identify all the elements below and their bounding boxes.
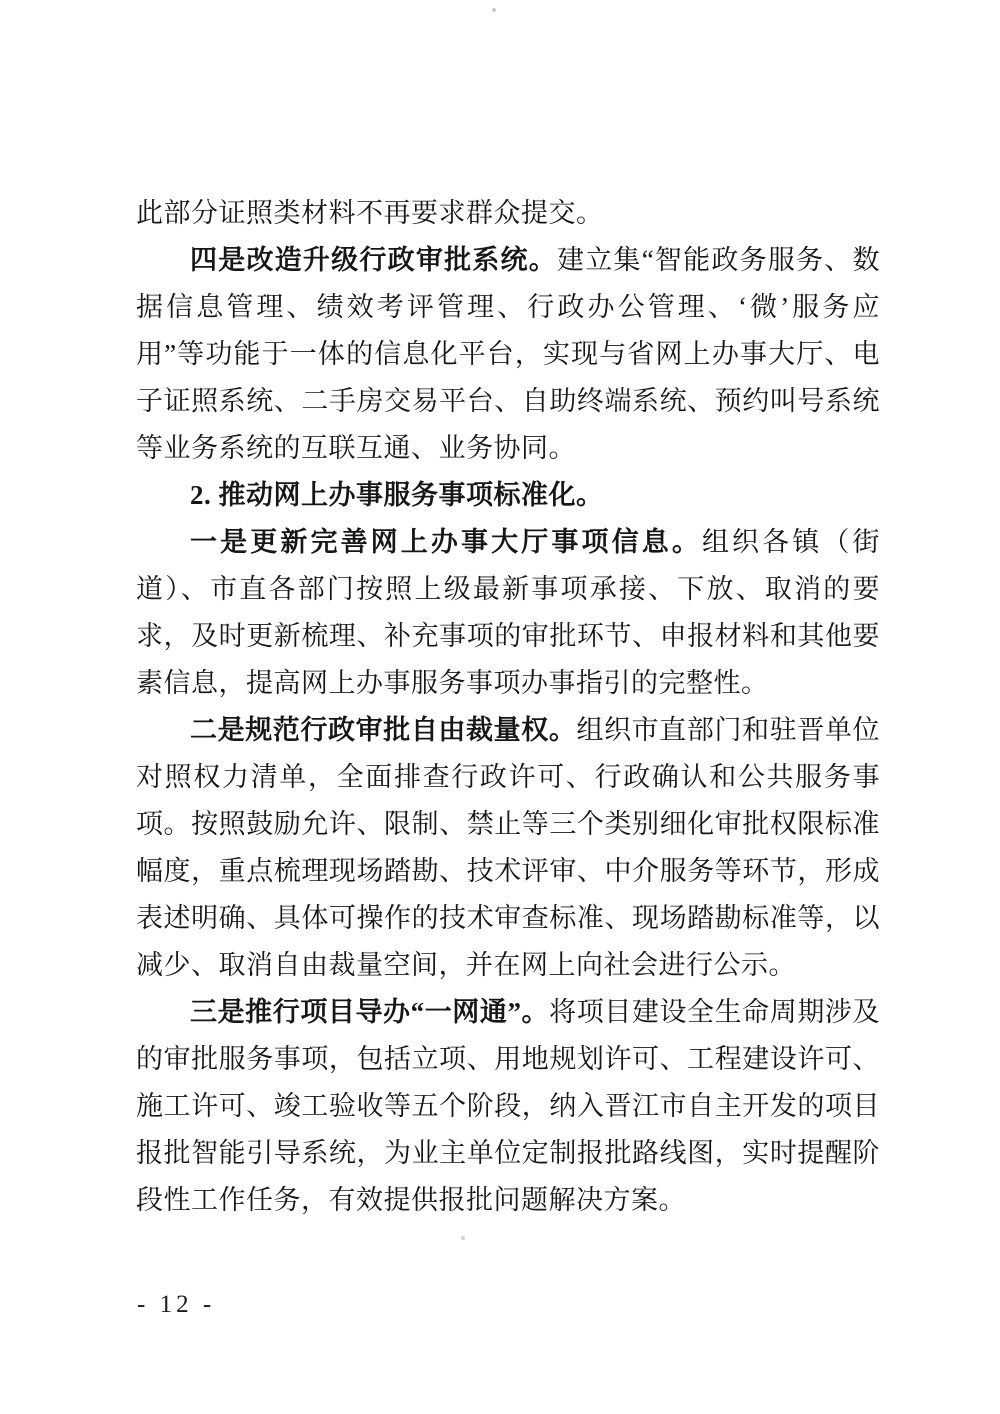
paragraph-lead-bold: 2. 推动网上办事服务事项标准化。	[190, 480, 604, 510]
document-body: 此部分证照类材料不再要求群众提交。四是改造升级行政审批系统。建立集“智能政务服务…	[136, 190, 880, 1224]
page-number: - 12 -	[137, 1291, 215, 1319]
scan-speck-bottom	[461, 1236, 465, 1240]
paragraph-text: 此部分证照类材料不再要求群众提交。	[136, 198, 604, 228]
paragraph: 此部分证照类材料不再要求群众提交。	[136, 190, 880, 237]
paragraph-lead-bold: 二是规范行政审批自由裁量权。	[190, 715, 576, 745]
paragraph: 二是规范行政审批自由裁量权。组织市直部门和驻晋单位对照权力清单，全面排查行政许可…	[136, 707, 880, 989]
paragraph-text: 将项目建设全生命周期涉及的审批服务事项，包括立项、用地规划许可、工程建设许可、施…	[136, 997, 880, 1215]
paragraph: 一是更新完善网上办事大厅事项信息。组织各镇（街道）、市直各部门按照上级最新事项承…	[136, 519, 880, 707]
paragraph: 四是改造升级行政审批系统。建立集“智能政务服务、数据信息管理、绩效考评管理、行政…	[136, 237, 880, 472]
paragraph: 2. 推动网上办事服务事项标准化。	[136, 472, 880, 519]
paragraph-lead-bold: 三是推行项目导办“一网通”。	[190, 997, 549, 1027]
scan-speck-top	[492, 8, 496, 12]
paragraph-lead-bold: 四是改造升级行政审批系统。	[190, 245, 557, 275]
paragraph-text: 组织市直部门和驻晋单位对照权力清单，全面排查行政许可、行政确认和公共服务事项。按…	[136, 715, 880, 980]
paragraph: 三是推行项目导办“一网通”。将项目建设全生命周期涉及的审批服务事项，包括立项、用…	[136, 989, 880, 1224]
document-page: 此部分证照类材料不再要求群众提交。四是改造升级行政审批系统。建立集“智能政务服务…	[0, 0, 1000, 1414]
paragraph-text: 建立集“智能政务服务、数据信息管理、绩效考评管理、行政办公管理、‘微’服务应用”…	[136, 245, 880, 463]
paragraph-lead-bold: 一是更新完善网上办事大厅事项信息。	[190, 527, 702, 557]
